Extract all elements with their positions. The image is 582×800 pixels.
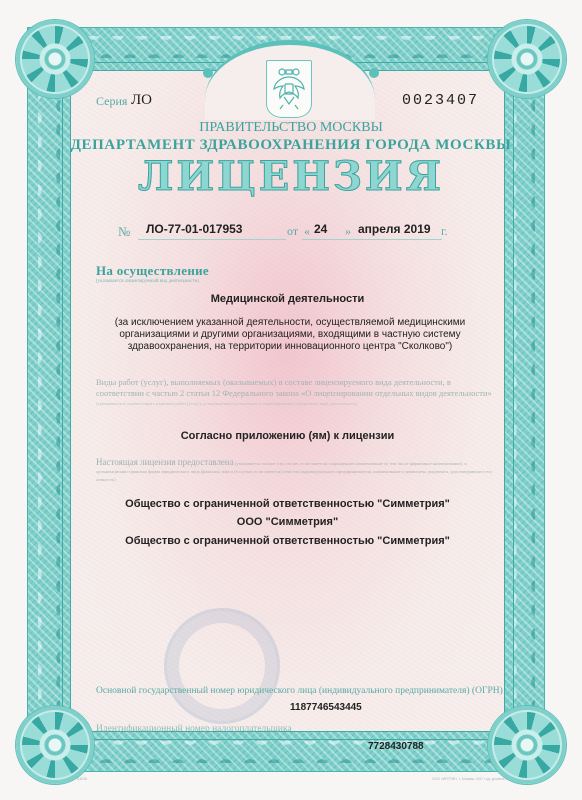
printer-imprint: ООО «ИПТПФ», г. Москва, 2017 год, уровен…: [360, 777, 508, 781]
issuer-government: ПРАВИТЕЛЬСТВО МОСКВЫ: [0, 120, 582, 136]
series-label: Серия: [96, 94, 127, 109]
provided-to-lead: Настоящая лицензия предоставлена: [96, 457, 234, 467]
official-seal-icon: [164, 608, 280, 724]
issuer-department: ДЕПАРТАМЕНТ ЗДРАВООХРАНЕНИЯ ГОРОДА МОСКВ…: [0, 137, 582, 154]
provided-to-text: Настоящая лицензия предоставлена (указыв…: [96, 458, 496, 484]
series-value: ЛО: [131, 92, 152, 109]
rosette-top-left-icon: [16, 20, 94, 98]
works-description: Виды работ (услуг), выполняемых (оказыва…: [96, 377, 496, 399]
date-from-label: от: [287, 224, 298, 239]
inn-value: 7728430788: [368, 741, 424, 752]
form-code: A4036: [77, 777, 87, 781]
activity-hint: (указывается лицензируемый вид деятельно…: [96, 279, 199, 284]
number-underline: [138, 239, 286, 240]
ogrn-value: 1187746543445: [290, 702, 362, 713]
date-underline: [302, 239, 442, 240]
date-day: 24: [314, 222, 327, 236]
organization-full-name: Общество с ограниченной ответственностью…: [70, 498, 505, 510]
arch-knot-right: [369, 68, 379, 78]
license-number: ЛО-77-01-017953: [146, 222, 242, 236]
border-rule: [62, 739, 513, 740]
arch-knot-left: [203, 68, 213, 78]
year-suffix: г.: [441, 224, 448, 239]
works-hint: (указываются в соответствии с перечнем р…: [96, 401, 496, 406]
border-ornament-bottom: [70, 741, 505, 763]
document-title: ЛИЦЕНЗИЯ: [0, 153, 582, 200]
quote-open: «: [304, 224, 310, 239]
ogrn-label: Основной государственный номер юридическ…: [96, 686, 503, 696]
rosette-bottom-right-icon: [488, 706, 566, 784]
quote-close: »: [345, 224, 351, 239]
activity-value: Медицинской деятельности: [70, 293, 505, 305]
rosette-top-right-icon: [488, 20, 566, 98]
activity-heading: На осуществление: [96, 263, 209, 279]
inn-label: Идентификационный номер налогоплательщик…: [96, 724, 292, 734]
organization-brand-name: Общество с ограниченной ответственностью…: [70, 535, 505, 547]
works-value: Согласно приложению (ям) к лицензии: [70, 430, 505, 442]
activity-note: (за исключением указанной деятельности, …: [80, 317, 500, 353]
date-month-year: апреля 2019: [358, 222, 431, 236]
organization-short-name: ООО "Симметрия": [70, 516, 505, 528]
coat-of-arms-icon: [266, 60, 312, 118]
serial-number: 0023407: [402, 92, 479, 109]
rosette-bottom-left-icon: [16, 706, 94, 784]
number-label: №: [118, 224, 130, 240]
